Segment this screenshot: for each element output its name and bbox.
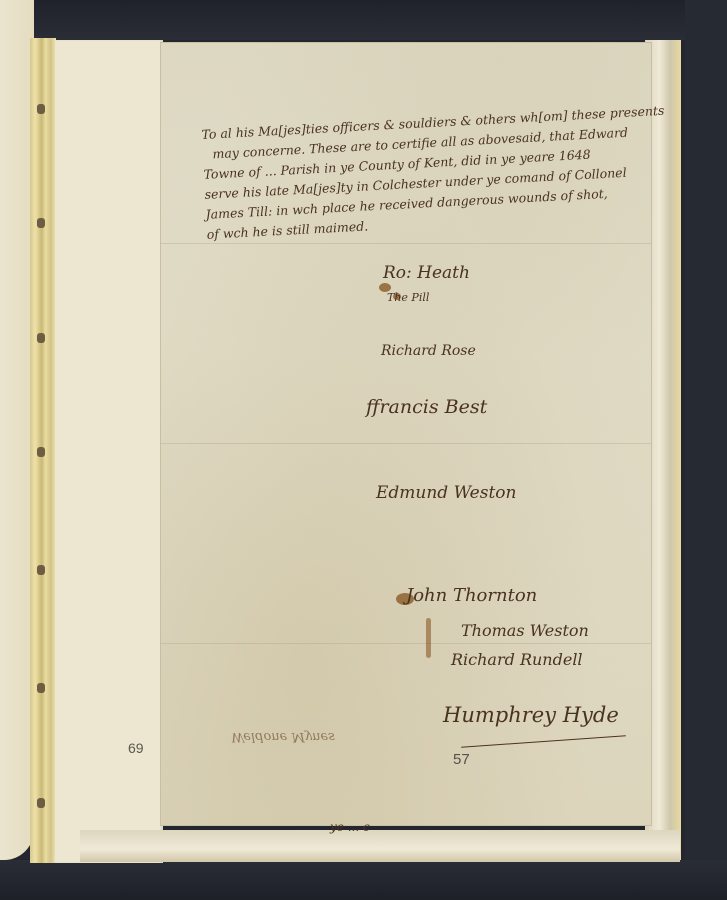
signature-note: The Pill <box>387 291 429 304</box>
sewing-stub <box>37 565 45 575</box>
binding-right <box>685 0 727 900</box>
signature-heath: Ro: Heath <box>383 263 470 283</box>
guard-sheet <box>55 40 163 863</box>
signature-rose: Richard Rose <box>381 343 476 359</box>
offset-mirror-text: Weldone Mynes <box>231 729 335 744</box>
bottom-fragment-text: ye ... c <box>330 820 370 834</box>
ink-drip <box>426 618 431 658</box>
guard-folio-number: 69 <box>128 740 144 756</box>
signature-flourish <box>461 735 626 748</box>
binding-bottom <box>0 860 727 900</box>
signature-rundell: Richard Rundell <box>451 650 583 669</box>
signature-edmund-weston: Edmund Weston <box>376 483 516 503</box>
backing-sheet-bottom <box>80 830 680 862</box>
manuscript-folio-number: 57 <box>453 751 470 768</box>
signature-thornton: John Thornton <box>406 585 537 606</box>
sewing-stub <box>37 104 45 114</box>
sewing-stub <box>37 447 45 457</box>
binding-top <box>0 0 727 40</box>
certificate-body: To al his Ma[jes]ties officers & souldie… <box>201 101 670 245</box>
fold-line <box>161 443 651 444</box>
signature-best: ffrancis Best <box>366 396 487 418</box>
facing-page-edge <box>0 0 34 860</box>
sewing-stub <box>37 798 45 808</box>
sewing-stub <box>37 683 45 693</box>
fold-line <box>161 643 651 644</box>
signature-hyde: Humphrey Hyde <box>443 703 619 727</box>
manuscript-page: To al his Ma[jes]ties officers & souldie… <box>160 42 652 826</box>
sewing-stub <box>37 218 45 228</box>
signature-thomas-weston: Thomas Weston <box>461 621 589 640</box>
sewing-stub <box>37 333 45 343</box>
